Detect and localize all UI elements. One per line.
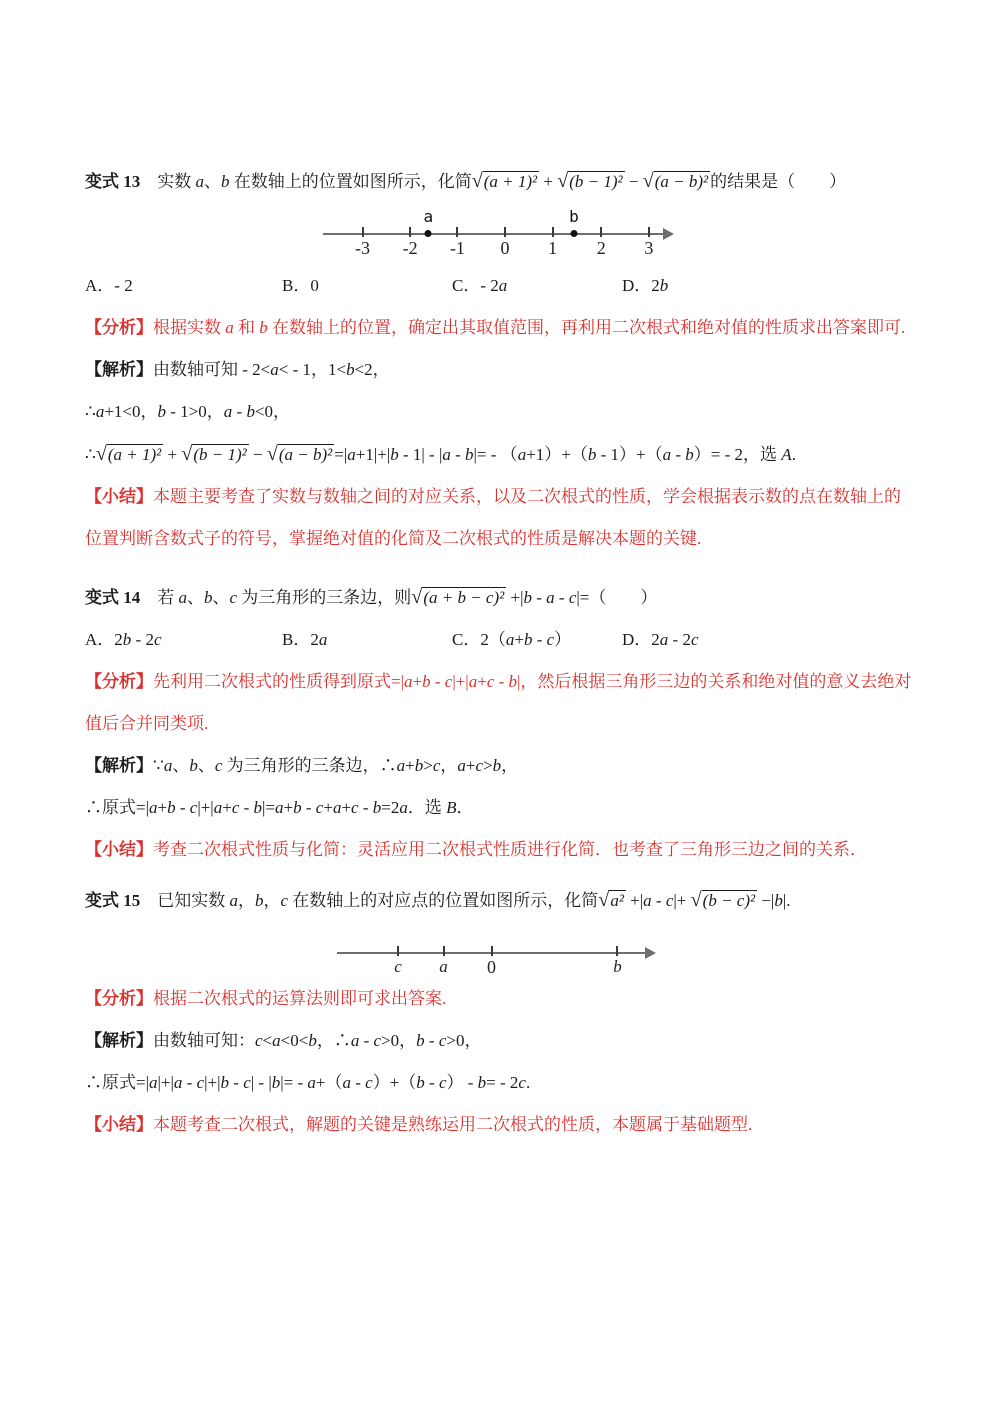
problem-13-solution-line2: ∴a+1<0，b - 1>0，a - b<0， bbox=[85, 391, 915, 433]
section-spacer bbox=[85, 560, 915, 576]
problem-15-title: 变式 15 已知实数 a，b，c 在数轴上的对应点的位置如图所示，化简√a² +… bbox=[85, 879, 915, 922]
sqrt-expression: √(a + 1)² bbox=[96, 445, 163, 464]
problem-14-title: 变式 14 若 a、b、c 为三角形的三条边，则√(a + b − c)² +|… bbox=[85, 576, 915, 619]
worksheet-page: 变式 13 实数 a、b 在数轴上的位置如图所示，化简√(a + 1)² + √… bbox=[0, 0, 993, 1404]
problem-14-solution-line2: ∴原式=|a+b - c|+|a+c - b|=a+b - c+a+c - b=… bbox=[85, 787, 915, 829]
sqrt-expression: √(b − 1)² bbox=[181, 445, 248, 464]
sqrt-expression: √(a − b)² bbox=[643, 172, 710, 191]
problem-14-option-c: C．2（a+b - c） bbox=[452, 619, 622, 661]
problem-13-option-c: C．- 2a bbox=[452, 265, 622, 307]
tick-label: c bbox=[394, 957, 402, 977]
problem-13-option-d: D．2b bbox=[622, 265, 668, 307]
tick-mark bbox=[397, 946, 399, 956]
tick-label: 0 bbox=[501, 238, 510, 259]
problem-13-title: 变式 13 实数 a、b 在数轴上的位置如图所示，化简√(a + 1)² + √… bbox=[85, 160, 915, 203]
problem-14-option-d: D．2a - 2c bbox=[622, 619, 699, 661]
problem-13-analysis: 【分析】根据实数 a 和 b 在数轴上的位置，确定出其取值范围，再利用二次根式和… bbox=[85, 307, 915, 349]
problem-13-solution-line3: ∴√(a + 1)² + √(b − 1)² − √(a − b)²=|a+1|… bbox=[85, 433, 915, 476]
problem-15-numberline: ca0b bbox=[337, 926, 655, 978]
tick-mark bbox=[616, 946, 618, 956]
tick-mark bbox=[648, 227, 650, 237]
tick-mark bbox=[504, 227, 506, 237]
section-spacer bbox=[85, 871, 915, 879]
sqrt-expression: √(b − 1)² bbox=[557, 172, 624, 191]
problem-15-solution-line2: ∴原式=|a|+|a - c|+|b - c| - |b|= - a+（a - … bbox=[85, 1062, 915, 1104]
tick-mark bbox=[362, 227, 364, 237]
tick-label: -3 bbox=[355, 238, 370, 259]
tick-label: 2 bbox=[597, 238, 606, 259]
point-dot bbox=[570, 230, 577, 237]
tick-mark bbox=[552, 227, 554, 237]
tick-label: a bbox=[439, 957, 448, 977]
problem-15-summary: 【小结】本题考查二次根式，解题的关键是熟练运用二次根式的性质，本题属于基础题型. bbox=[85, 1104, 915, 1146]
problem-14-option-b: B．2a bbox=[282, 619, 452, 661]
point-dot bbox=[425, 230, 432, 237]
arrowhead-icon bbox=[645, 947, 656, 959]
problem-14-solution-line1: 【解析】∵a、b、c 为三角形的三条边，∴a+b>c，a+c>b， bbox=[85, 745, 915, 787]
tick-mark bbox=[443, 946, 445, 956]
problem-13-numberline: -3-2-10123ab bbox=[323, 207, 673, 265]
sqrt-expression: √(b − c)² bbox=[691, 891, 757, 910]
problem-14-section: 变式 14 若 a、b、c 为三角形的三条边，则√(a + b − c)² +|… bbox=[85, 576, 915, 871]
problem-15-solution-line1: 【解析】由数轴可知：c<a<0<b，∴a - c>0，b - c>0， bbox=[85, 1020, 915, 1062]
axis-line bbox=[323, 233, 663, 235]
problem-13-options: A．- 2 B．0 C．- 2a D．2b bbox=[85, 265, 915, 307]
sqrt-expression: √(a − b)² bbox=[267, 445, 334, 464]
problem-13-summary: 【小结】本题主要考查了实数与数轴之间的对应关系，以及二次根式的性质，学会根据表示… bbox=[85, 476, 915, 560]
problem-13-solution-line1: 【解析】由数轴可知 - 2<a< - 1，1<b<2， bbox=[85, 349, 915, 391]
tick-mark bbox=[456, 227, 458, 237]
point-label: a bbox=[424, 207, 434, 226]
point-label: b bbox=[569, 207, 579, 226]
problem-14-summary: 【小结】考查二次根式性质与化简：灵活应用二次根式性质进行化简．也考查了三角形三边… bbox=[85, 829, 915, 871]
tick-mark bbox=[600, 227, 602, 237]
problem-14-option-a: A．2b - 2c bbox=[85, 619, 282, 661]
tick-label: -2 bbox=[403, 238, 418, 259]
tick-label: -1 bbox=[450, 238, 465, 259]
tick-mark bbox=[409, 227, 411, 237]
tick-label: 0 bbox=[487, 957, 496, 978]
problem-15-analysis: 【分析】根据二次根式的运算法则即可求出答案. bbox=[85, 978, 915, 1020]
problem-15-section: 变式 15 已知实数 a，b，c 在数轴上的对应点的位置如图所示，化简√a² +… bbox=[85, 879, 915, 1146]
sqrt-expression: √(a + 1)² bbox=[472, 172, 539, 191]
tick-label: b bbox=[613, 957, 622, 977]
problem-14-options: A．2b - 2c B．2a C．2（a+b - c） D．2a - 2c bbox=[85, 619, 915, 661]
tick-label: 1 bbox=[548, 238, 557, 259]
problem-13-section: 变式 13 实数 a、b 在数轴上的位置如图所示，化简√(a + 1)² + √… bbox=[85, 160, 915, 560]
problem-14-analysis: 【分析】先利用二次根式的性质得到原式=|a+b - c|+|a+c - b|，然… bbox=[85, 661, 915, 745]
problem-13-option-b: B．0 bbox=[282, 265, 452, 307]
tick-mark bbox=[491, 946, 493, 956]
arrowhead-icon bbox=[663, 228, 674, 240]
problem-13-option-a: A．- 2 bbox=[85, 265, 282, 307]
sqrt-expression: √(a + b − c)² bbox=[411, 588, 506, 607]
sqrt-expression: √a² bbox=[598, 891, 626, 910]
tick-label: 3 bbox=[644, 238, 653, 259]
